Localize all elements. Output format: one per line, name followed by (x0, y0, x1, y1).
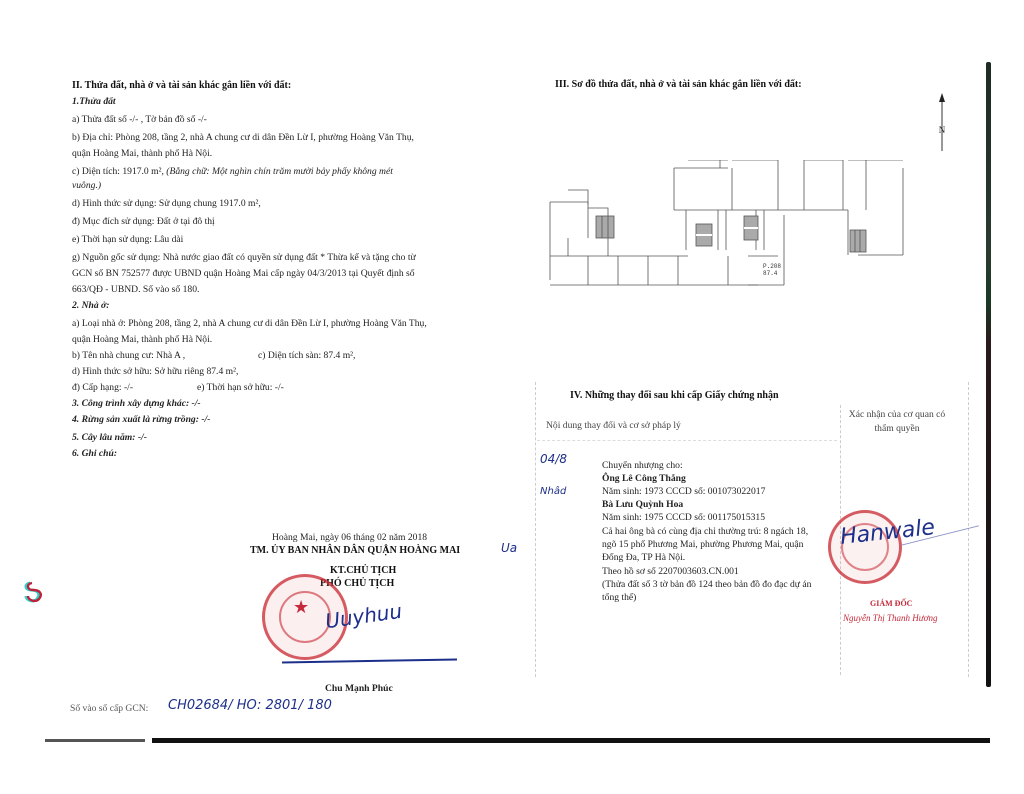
section-2-title: II. Thửa đất, nhà ở và tài sản khác gắn … (72, 80, 291, 91)
bottom-rule-short (45, 739, 145, 742)
area-line: c) Diện tích: 1917.0 m², (Bằng chữ: Một … (72, 166, 393, 178)
house-type-1: a) Loại nhà ở: Phòng 208, tầng 2, nhà A … (72, 318, 427, 330)
production-forest: 4. Rừng sản xuất là rừng trồng: -/- (72, 414, 210, 426)
handwritten-date: 04/8 (540, 452, 567, 466)
initials-handwritten: Ua (501, 541, 517, 555)
change-line: Bà Lưu Quỳnh Hoa (602, 499, 683, 511)
change-line: Năm sinh: 1975 CCCD số: 001175015315 (602, 512, 765, 524)
column-header-changes: Nội dung thay đổi và cơ sở pháp lý (546, 420, 681, 432)
place-date: Hoàng Mai, ngày 06 tháng 02 năm 2018 (272, 532, 427, 544)
issuing-authority: TM. ỦY BAN NHÂN DÂN QUẬN HOÀNG MAI (250, 545, 460, 556)
change-line: Cả hai ông bà có cùng địa chỉ thường trú… (602, 526, 808, 538)
approval-title: GIÁM ĐỐC (870, 598, 912, 610)
other-constructions: 3. Công trình xây dựng khác: -/- (72, 398, 201, 410)
ownership-form: d) Hình thức sở hữu: Sở hữu riêng 87.4 m… (72, 366, 238, 378)
svg-text:87.4: 87.4 (763, 270, 778, 277)
grade: đ) Cấp hạng: -/- (72, 382, 133, 394)
building-name: b) Tên nhà chung cư: Nhà A , (72, 350, 185, 362)
perennial-trees: 5. Cây lâu năm: -/- (72, 432, 147, 444)
usage-purpose: đ) Mục đích sử dụng: Đất ở tại đô thị (72, 216, 215, 228)
plan-room-label: P.208 (763, 263, 781, 270)
star-icon: ★ (293, 597, 309, 618)
title-deputy-1: KT.CHỦ TỊCH (330, 565, 396, 576)
change-line: (Thửa đất số 3 tờ bản đồ 124 theo bản đồ… (602, 579, 811, 591)
address-line-2: quận Hoàng Mai, thành phố Hà Nội. (72, 148, 212, 160)
area-in-words: (Bằng chữ: Một nghìn chín trăm mười bảy … (166, 166, 393, 177)
north-arrow: N (936, 93, 948, 153)
bottom-rule-long (152, 738, 990, 743)
house-type-2: quận Hoàng Mai, thành phố Hà Nội. (72, 334, 212, 346)
signer-name: Chu Mạnh Phúc (325, 683, 393, 695)
header-divider (537, 440, 837, 441)
change-line: Năm sinh: 1973 CCCD số: 001073022017 (602, 486, 765, 498)
usage-form: d) Hình thức sử dụng: Sử dụng chung 1917… (72, 198, 261, 210)
change-line: ngõ 15 phố Phương Mai, phường Phương Mai… (602, 539, 803, 551)
area-in-words-cont: vuông.) (72, 180, 101, 192)
address-line-1: b) Địa chỉ: Phòng 208, tầng 2, nhà A chu… (72, 132, 414, 144)
app-logo-icon (16, 580, 50, 604)
page-binding-edge (986, 62, 991, 687)
area-value: c) Diện tích: 1917.0 m², (72, 166, 164, 177)
change-line: Ông Lê Công Thắng (602, 473, 686, 485)
section-4-title: IV. Những thay đổi sau khi cấp Giấy chứn… (570, 390, 779, 401)
land-heading: 1.Thửa đất (72, 96, 116, 108)
house-heading: 2. Nhà ở: (72, 300, 109, 312)
usage-origin-3: 663/QĐ - UBND. Số vào sổ 180. (72, 284, 199, 296)
change-line: Chuyển nhượng cho: (602, 460, 683, 472)
north-label: N (939, 125, 946, 135)
registry-label: Số vào sổ cấp GCN: (70, 703, 148, 715)
floor-area: c) Diện tích sàn: 87.4 m², (258, 350, 355, 362)
change-line: tổng thể) (602, 592, 636, 604)
approval-name: Nguyễn Thị Thanh Hương (843, 612, 937, 624)
handwritten-mark: Nhâd (540, 486, 566, 497)
parcel-number: a) Thửa đất số -/- , Tờ bản đồ số -/- (72, 114, 207, 126)
change-line: Đống Đa, TP Hà Nội. (602, 552, 685, 564)
section-3-title: III. Sơ đồ thửa đất, nhà ở và tài sản kh… (555, 79, 802, 90)
usage-origin-1: g) Nguồn gốc sử dụng: Nhà nước giao đất … (72, 252, 416, 264)
floor-plan-diagram: P.208 87.4 (548, 160, 928, 295)
usage-origin-2: GCN số BN 752577 được UBND quận Hoàng Ma… (72, 268, 415, 280)
column-header-approval: Xác nhận của cơ quan có thẩm quyền (842, 408, 952, 436)
change-line: Theo hồ sơ số 2207003603.CN.001 (602, 566, 739, 578)
registry-handwritten: CH02684/ HO: 2801/ 180 (168, 698, 332, 713)
ownership-term: e) Thời hạn sở hữu: -/- (197, 382, 284, 394)
usage-term: e) Thời hạn sử dụng: Lâu dài (72, 234, 183, 246)
notes: 6. Ghi chú: (72, 448, 117, 460)
